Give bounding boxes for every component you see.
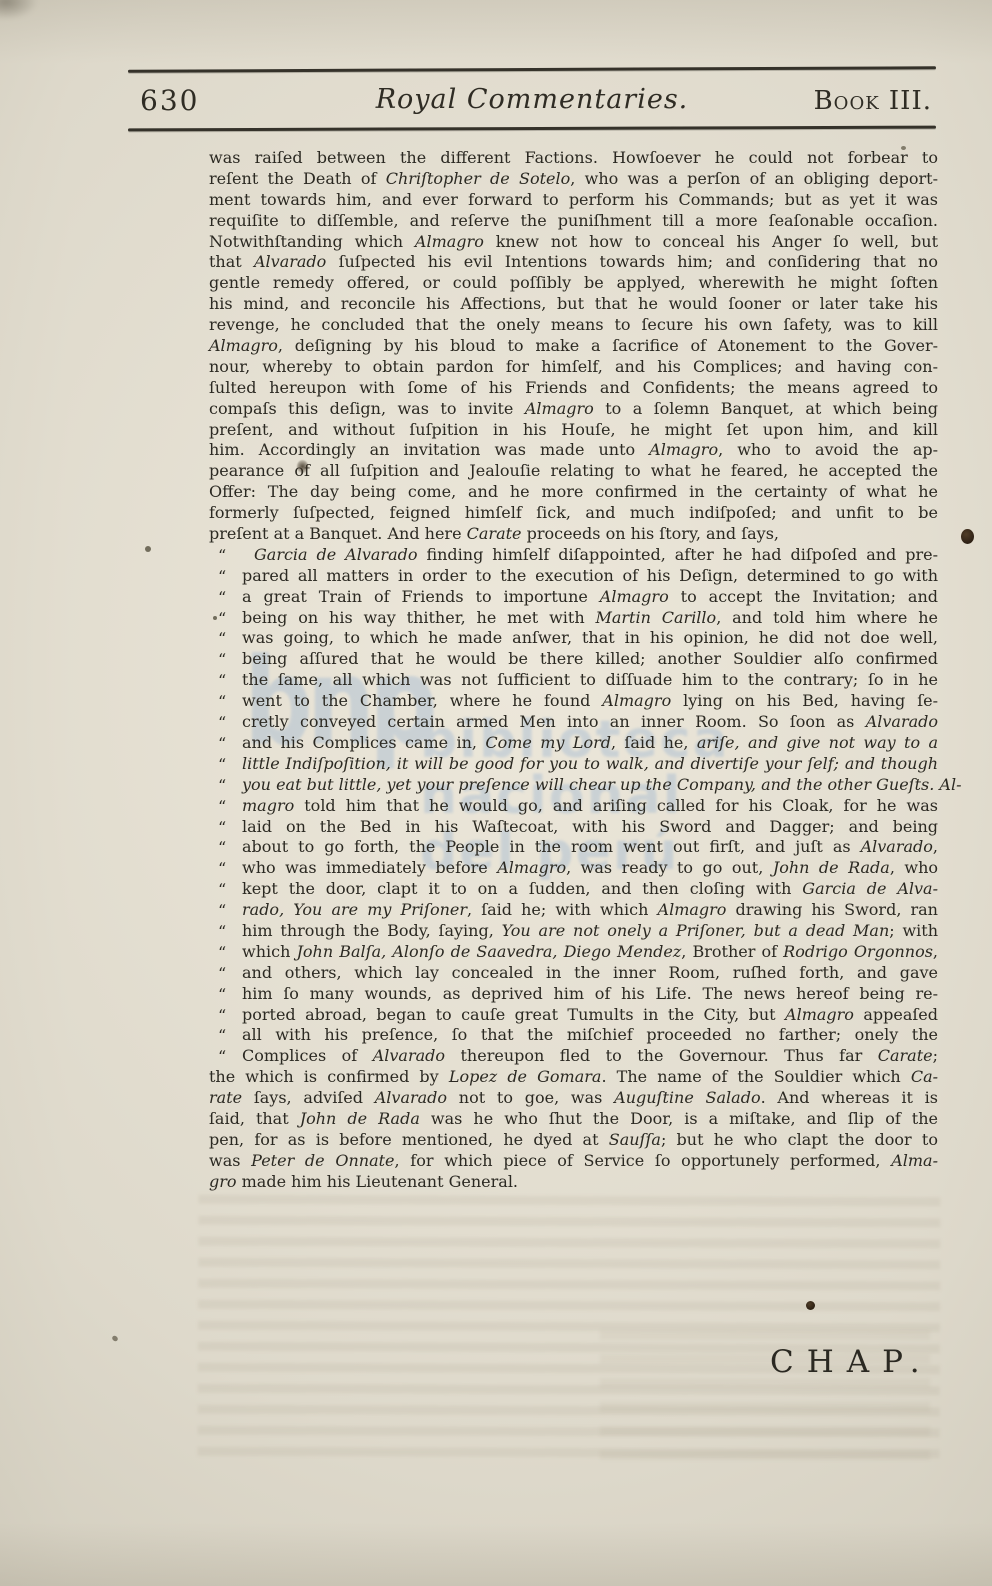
text-segment: you eat but little, yet your preſence wi… bbox=[242, 775, 961, 794]
text-segment: pared all matters in order to the execut… bbox=[242, 566, 938, 585]
text-line: “who was immediately before Almagro, was… bbox=[209, 858, 938, 879]
text-segment: ſulted hereupon with ſome of his Friends… bbox=[209, 378, 938, 397]
text-segment: Alvarado bbox=[375, 1088, 447, 1107]
text-line: was Peter de Onnate, for which piece of … bbox=[209, 1151, 938, 1172]
text-segment: him. Accordingly an invitation was made … bbox=[209, 440, 649, 459]
text-segment: ment towards him, and ever forward to pe… bbox=[209, 190, 938, 209]
text-line: “being on his way thither, he met with M… bbox=[209, 608, 938, 629]
scanned-book-page: bnp biblioteca nacional del perú 630 Roy… bbox=[0, 0, 992, 1586]
text-segment: ; but he who clapt the door to bbox=[661, 1130, 938, 1149]
text-segment: , bbox=[933, 837, 938, 856]
text-segment: the ſame, all which was not ſufficient t… bbox=[242, 670, 938, 689]
text-segment: the which is confirmed by bbox=[209, 1067, 449, 1086]
quotation-mark: “ bbox=[218, 901, 226, 922]
text-segment: proceeds on his ſtory, and ſays, bbox=[522, 524, 779, 543]
text-segment: Alvarado bbox=[373, 1046, 445, 1065]
text-line: “Complices of Alvarado thereupon fled to… bbox=[209, 1046, 938, 1067]
text-segment: , bbox=[933, 942, 938, 961]
text-line: Almagro, deſigning by his bloud to make … bbox=[209, 336, 938, 357]
catchword: CHAP. bbox=[770, 1344, 933, 1380]
text-line: requiſite to diſſemble, and reſerve the … bbox=[209, 211, 938, 232]
text-segment: being on his way thither, he met with bbox=[242, 608, 595, 627]
text-segment: reſent the Death of bbox=[209, 169, 386, 188]
text-segment: about to go forth, the People in the roo… bbox=[242, 837, 861, 856]
quotation-mark: “ bbox=[218, 713, 226, 734]
text-segment: Alvarado bbox=[861, 837, 933, 856]
text-segment: cretly conveyed certain armed Men into a… bbox=[242, 712, 866, 731]
text-segment: magro bbox=[242, 796, 294, 815]
text-segment: , who was a perſon of an obliging deport… bbox=[570, 169, 938, 188]
text-line: “a great Train of Friends to importune A… bbox=[209, 587, 938, 608]
ink-spot bbox=[961, 529, 974, 544]
text-line: “cretly conveyed certain armed Men into … bbox=[209, 712, 938, 733]
text-segment: pen, for as is before mentioned, he dyed… bbox=[209, 1130, 609, 1149]
text-line: “about to go forth, the People in the ro… bbox=[209, 837, 938, 858]
text-segment: revenge, he concluded that the onely mea… bbox=[209, 315, 938, 334]
text-line: “pared all matters in order to the execu… bbox=[209, 566, 938, 587]
text-line: “little Indiſpoſition, it will be good f… bbox=[209, 754, 938, 775]
corner-smudge bbox=[0, 0, 38, 20]
text-segment: , and told him where he bbox=[716, 608, 938, 627]
text-line: Offer: The day being come, and he more c… bbox=[209, 482, 938, 503]
text-segment: and others, which lay concealed in the i… bbox=[242, 963, 938, 982]
text-segment: John de Rada bbox=[773, 858, 890, 877]
text-segment: , was ready to go out, bbox=[566, 858, 773, 877]
text-segment: John Balſa, Alonſo de Saavedra, Diego Me… bbox=[297, 942, 682, 961]
text-segment: rate bbox=[209, 1088, 242, 1107]
text-segment: Ca- bbox=[911, 1067, 938, 1086]
text-segment: preſent, and without ſuſpition in his Ho… bbox=[209, 420, 938, 439]
text-segment: Almagro bbox=[209, 336, 278, 355]
text-segment: him through the Body, ſaying, bbox=[242, 921, 502, 940]
text-segment: that bbox=[209, 252, 254, 271]
text-line: gro made him his Lieutenant General. bbox=[209, 1172, 938, 1193]
text-segment: was going, to which he made anſwer, that… bbox=[242, 628, 938, 647]
text-segment: Almagro bbox=[649, 440, 718, 459]
quotation-mark: “ bbox=[218, 588, 226, 609]
text-segment: , who bbox=[890, 858, 938, 877]
ink-blot bbox=[297, 460, 308, 473]
text-segment: Auguſtine Salado bbox=[614, 1088, 760, 1107]
text-line: “being aſſured that he would be there ki… bbox=[209, 649, 938, 670]
text-line: was raiſed between the different Faction… bbox=[209, 148, 938, 169]
ink-spot bbox=[806, 1301, 815, 1310]
text-segment: formerly ſuſpected, feigned himſelf ſick… bbox=[209, 503, 938, 522]
text-segment: , ſaid he; with which bbox=[467, 900, 657, 919]
text-segment: Lopez de Gomara bbox=[449, 1067, 602, 1086]
text-segment: thereupon fled to the Governour. Thus fa… bbox=[445, 1046, 878, 1065]
text-segment: lying on his Bed, having ſe- bbox=[671, 691, 938, 710]
text-segment: Alma- bbox=[891, 1151, 938, 1170]
ink-speck bbox=[901, 146, 906, 150]
quotation-mark: “ bbox=[218, 609, 226, 630]
text-line: preſent, and without ſuſpition in his Ho… bbox=[209, 420, 938, 441]
text-segment: Almagro bbox=[525, 399, 594, 418]
quotation-mark: “ bbox=[218, 546, 226, 567]
text-line: “ported abroad, began to cauſe great Tum… bbox=[209, 1005, 938, 1026]
quotation-mark: “ bbox=[218, 943, 226, 964]
text-segment: Garcia de Alvarado bbox=[254, 545, 418, 564]
text-segment: was raiſed between the different Faction… bbox=[209, 148, 938, 167]
text-segment: preſent at a Banquet. And here bbox=[209, 524, 467, 543]
text-segment: made him his Lieutenant General. bbox=[237, 1172, 518, 1191]
header-rule-bottom bbox=[128, 126, 936, 132]
text-line: “kept the door, clapt it to on a ſudden,… bbox=[209, 879, 938, 900]
quotation-mark: “ bbox=[218, 880, 226, 901]
text-segment: Rodrigo Orgonnos bbox=[783, 942, 933, 961]
text-line: ment towards him, and ever forward to pe… bbox=[209, 190, 938, 211]
text-segment: pearance of all ſuſpition and Jealouſie … bbox=[209, 461, 938, 480]
text-line: ſulted hereupon with ſome of his Friends… bbox=[209, 378, 938, 399]
text-segment: , Brother of bbox=[681, 942, 783, 961]
text-line: “you eat but little, yet your preſence w… bbox=[209, 775, 938, 796]
text-segment: , who to avoid the ap- bbox=[718, 440, 938, 459]
text-segment: Notwithſtanding which bbox=[209, 232, 415, 251]
text-line: “which John Balſa, Alonſo de Saavedra, D… bbox=[209, 942, 938, 963]
text-segment: was he who ſhut the Door, is a miſtake, … bbox=[420, 1109, 938, 1128]
text-segment: Complices of bbox=[242, 1046, 373, 1065]
ink-speck bbox=[111, 1335, 119, 1343]
text-segment: ported abroad, began to cauſe great Tumu… bbox=[242, 1005, 785, 1024]
quotation-mark: “ bbox=[218, 838, 226, 859]
quotation-mark: “ bbox=[218, 650, 226, 671]
text-line: preſent at a Banquet. And here Carate pr… bbox=[209, 524, 938, 545]
text-line: “laid on the Bed in his Waſtecoat, with … bbox=[209, 817, 938, 838]
text-segment: . And whereas it is bbox=[761, 1088, 938, 1107]
text-segment: kept the door, clapt it to on a ſudden, … bbox=[242, 879, 802, 898]
text-segment: was bbox=[209, 1151, 251, 1170]
text-segment: his mind, and reconcile his Affections, … bbox=[209, 294, 938, 313]
quotation-mark: “ bbox=[218, 818, 226, 839]
text-segment: Almagro bbox=[600, 587, 669, 606]
text-segment: ; bbox=[933, 1046, 938, 1065]
quotation-mark: “ bbox=[218, 922, 226, 943]
text-line: “was going, to which he made anſwer, tha… bbox=[209, 628, 938, 649]
text-segment: Almagro bbox=[658, 900, 727, 919]
body-text: was raiſed between the different Faction… bbox=[209, 148, 938, 1193]
text-segment: compaſs this deſign, was to invite bbox=[209, 399, 525, 418]
text-line: compaſs this deſign, was to invite Almag… bbox=[209, 399, 938, 420]
text-line: “and his Complices came in, Come my Lord… bbox=[209, 733, 938, 754]
text-segment: John de Rada bbox=[300, 1109, 420, 1128]
quotation-mark: “ bbox=[218, 1026, 226, 1047]
text-line: reſent the Death of Chriſtopher de Sotel… bbox=[209, 169, 938, 190]
text-segment: , ſaid he, bbox=[611, 733, 697, 752]
text-segment: to a ſolemn Banquet, at which being bbox=[594, 399, 938, 418]
text-line: formerly ſuſpected, feigned himſelf ſick… bbox=[209, 503, 938, 524]
text-segment: Almagro bbox=[497, 858, 566, 877]
text-segment: Almagro bbox=[415, 232, 484, 251]
text-segment: ſaid, that bbox=[209, 1109, 300, 1128]
text-line: “Garcia de Alvarado finding himſelf diſa… bbox=[209, 545, 938, 566]
text-segment: who was immediately before bbox=[242, 858, 497, 877]
text-line: “him through the Body, ſaying, You are n… bbox=[209, 921, 938, 942]
text-line: “and others, which lay concealed in the … bbox=[209, 963, 938, 984]
text-segment: Chriſtopher de Sotelo bbox=[386, 169, 571, 188]
text-segment: finding himſelf diſappointed, after he h… bbox=[418, 545, 939, 564]
text-segment: Carate bbox=[878, 1046, 933, 1065]
text-line: nour, whereby to obtain pardon for himſe… bbox=[209, 357, 938, 378]
text-segment: a great Train of Friends to importune bbox=[242, 587, 600, 606]
quotation-mark: “ bbox=[218, 755, 226, 776]
text-line: “all with his preſence, ſo that the miſc… bbox=[209, 1025, 938, 1046]
text-line: “magro told him that he would go, and ar… bbox=[209, 796, 938, 817]
text-line: “him ſo many wounds, as deprived him of … bbox=[209, 984, 938, 1005]
text-segment: Peter de Onnate bbox=[251, 1151, 394, 1170]
quotation-mark: “ bbox=[218, 859, 226, 880]
text-line: him. Accordingly an invitation was made … bbox=[209, 440, 938, 461]
text-segment: nour, whereby to obtain pardon for himſe… bbox=[209, 357, 938, 376]
text-segment: drawing his Sword, ran bbox=[726, 900, 938, 919]
book-number: Book III. bbox=[814, 86, 932, 116]
text-segment: Almagro bbox=[785, 1005, 854, 1024]
text-segment: , deſigning by his bloud to make a ſacri… bbox=[278, 336, 938, 355]
text-segment: Alvarado bbox=[866, 712, 938, 731]
text-segment: not to goe, was bbox=[447, 1088, 614, 1107]
text-line: revenge, he concluded that the onely mea… bbox=[209, 315, 938, 336]
text-line: Notwithſtanding which Almagro knew not h… bbox=[209, 232, 938, 253]
text-segment: Sauſſa bbox=[609, 1130, 661, 1149]
text-segment: appeaſed bbox=[854, 1005, 938, 1024]
text-segment: told him that he would go, and ariſing c… bbox=[294, 796, 938, 815]
ink-speck bbox=[145, 546, 151, 552]
quotation-mark: “ bbox=[218, 629, 226, 650]
text-segment: Garcia de Alva- bbox=[802, 879, 938, 898]
text-segment: ; with bbox=[889, 921, 938, 940]
text-segment: Alvarado bbox=[254, 252, 326, 271]
quotation-mark: “ bbox=[218, 1047, 226, 1068]
text-segment: rado, You are my Priſoner bbox=[242, 900, 467, 919]
text-segment: Almagro bbox=[602, 691, 671, 710]
header-rule-top bbox=[128, 66, 936, 73]
text-segment: which bbox=[242, 942, 297, 961]
text-segment: went to the Chamber, where he found bbox=[242, 691, 602, 710]
text-segment: to accept the Invitation; and bbox=[669, 587, 938, 606]
text-line: that Alvarado ſuſpected his evil Intenti… bbox=[209, 252, 938, 273]
text-segment: ſuſpected his evil Intentions towards hi… bbox=[326, 252, 938, 271]
text-line: the which is confirmed by Lopez de Gomar… bbox=[209, 1067, 938, 1088]
text-segment: gro bbox=[209, 1172, 237, 1191]
text-segment: knew not how to conceal his Anger ſo wel… bbox=[484, 232, 938, 251]
text-segment: ſays, adviſed bbox=[242, 1088, 375, 1107]
text-segment: requiſite to diſſemble, and reſerve the … bbox=[209, 211, 938, 230]
text-segment: ariſe, and give not way to a bbox=[697, 733, 938, 752]
text-line: “rado, You are my Priſoner, ſaid he; wit… bbox=[209, 900, 938, 921]
text-line: gentle remedy offered, or could poſſibly… bbox=[209, 273, 938, 294]
quotation-mark: “ bbox=[218, 1006, 226, 1027]
text-line: ſaid, that John de Rada was he who ſhut … bbox=[209, 1109, 938, 1130]
text-segment: Offer: The day being come, and he more c… bbox=[209, 482, 938, 501]
text-line: pen, for as is before mentioned, he dyed… bbox=[209, 1130, 938, 1151]
quotation-mark: “ bbox=[218, 964, 226, 985]
text-line: “the ſame, all which was not ſufficient … bbox=[209, 670, 938, 691]
quotation-mark: “ bbox=[218, 734, 226, 755]
text-line: his mind, and reconcile his Affections, … bbox=[209, 294, 938, 315]
quotation-mark: “ bbox=[218, 671, 226, 692]
text-line: “went to the Chamber, where he found Alm… bbox=[209, 691, 938, 712]
quotation-mark: “ bbox=[218, 797, 226, 818]
text-line: pearance of all ſuſpition and Jealouſie … bbox=[209, 461, 938, 482]
text-segment: being aſſured that he would be there kil… bbox=[242, 649, 938, 668]
text-segment: You are not onely a Priſoner, but a dead… bbox=[502, 921, 890, 940]
text-segment: all with his preſence, ſo that the miſch… bbox=[242, 1025, 938, 1044]
text-segment: gentle remedy offered, or could poſſibly… bbox=[209, 273, 938, 292]
quotation-mark: “ bbox=[218, 985, 226, 1006]
text-segment: laid on the Bed in his Waſtecoat, with h… bbox=[242, 817, 938, 836]
quotation-mark: “ bbox=[218, 567, 226, 588]
text-segment: Come my Lord bbox=[485, 733, 611, 752]
text-segment: , for which piece of Service ſo opportun… bbox=[395, 1151, 892, 1170]
text-segment: . The name of the Souldier which bbox=[601, 1067, 910, 1086]
quotation-mark: “ bbox=[218, 692, 226, 713]
text-segment: little Indiſpoſition, it will be good fo… bbox=[242, 754, 938, 773]
text-segment: Carate bbox=[467, 524, 522, 543]
ink-speck bbox=[213, 616, 217, 620]
text-segment: him ſo many wounds, as deprived him of h… bbox=[242, 984, 938, 1003]
quotation-mark: “ bbox=[218, 776, 226, 797]
text-segment: Martin Carillo bbox=[595, 608, 716, 627]
text-segment: and his Complices came in, bbox=[242, 733, 485, 752]
text-line: rate ſays, adviſed Alvarado not to goe, … bbox=[209, 1088, 938, 1109]
